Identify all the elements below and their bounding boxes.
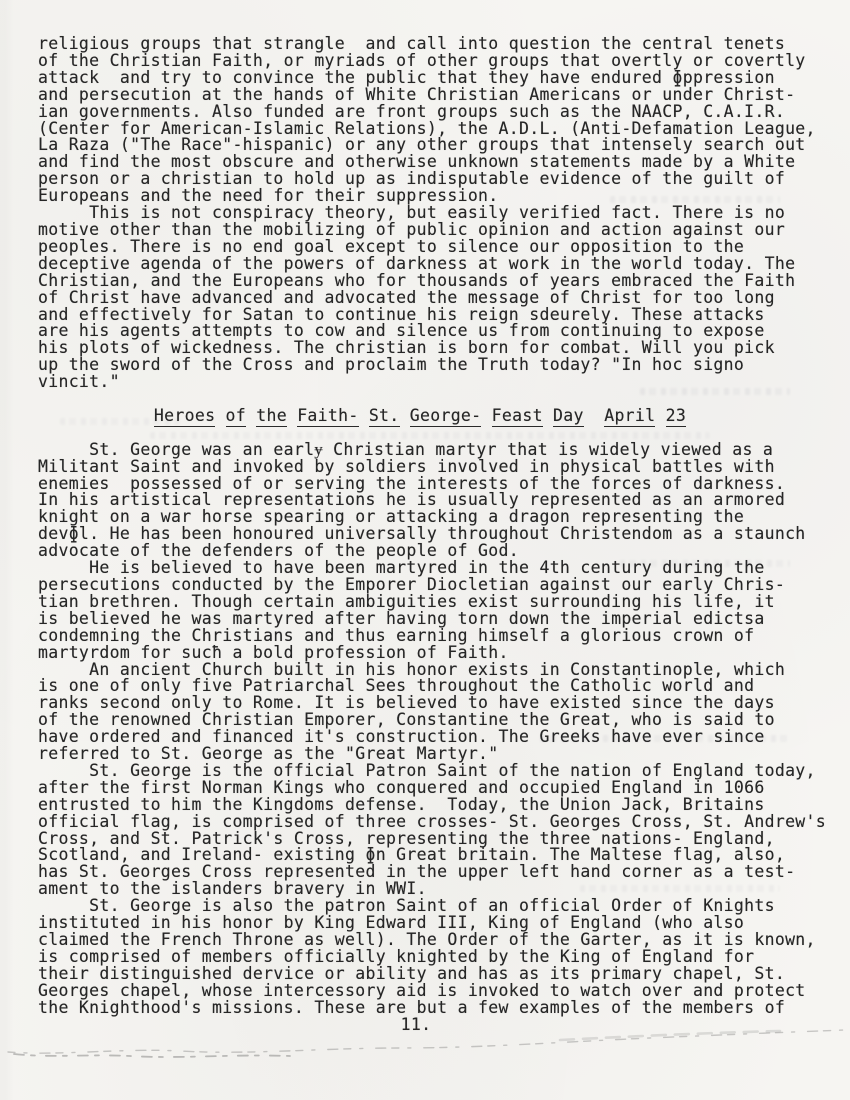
bleed-through-artifact — [640, 388, 790, 395]
bleed-through-artifact — [540, 735, 790, 742]
paragraph-order-of-knights: St. George is also the patron Saint of a… — [38, 898, 838, 1016]
paragraph-front-groups: religious groups that strangle and call … — [38, 36, 838, 205]
bleed-through-artifact — [150, 432, 710, 439]
scanned-document-page: religious groups that strangle and call … — [0, 0, 850, 1100]
paragraph-martyred-4th-century: He is believed to have been martyred in … — [38, 560, 838, 661]
bleed-through-artifact — [60, 418, 180, 425]
bleed-through-artifact — [580, 885, 780, 892]
paragraph-not-conspiracy: This is not conspiracy theory, but easil… — [38, 205, 838, 391]
paragraph-ancient-church: An ancient Church built in his honor exi… — [38, 662, 838, 763]
bleed-through-artifact — [620, 560, 790, 567]
scan-smudge-line — [0, 1018, 850, 1064]
paragraph-st-george-martyr: St. George was an earlɏ Christian martyr… — [38, 442, 838, 560]
document-body: religious groups that strangle and call … — [38, 36, 838, 1033]
bleed-through-artifact — [610, 196, 780, 203]
paragraph-patron-saint-england: St. George is the official Patron Saint … — [38, 763, 838, 898]
